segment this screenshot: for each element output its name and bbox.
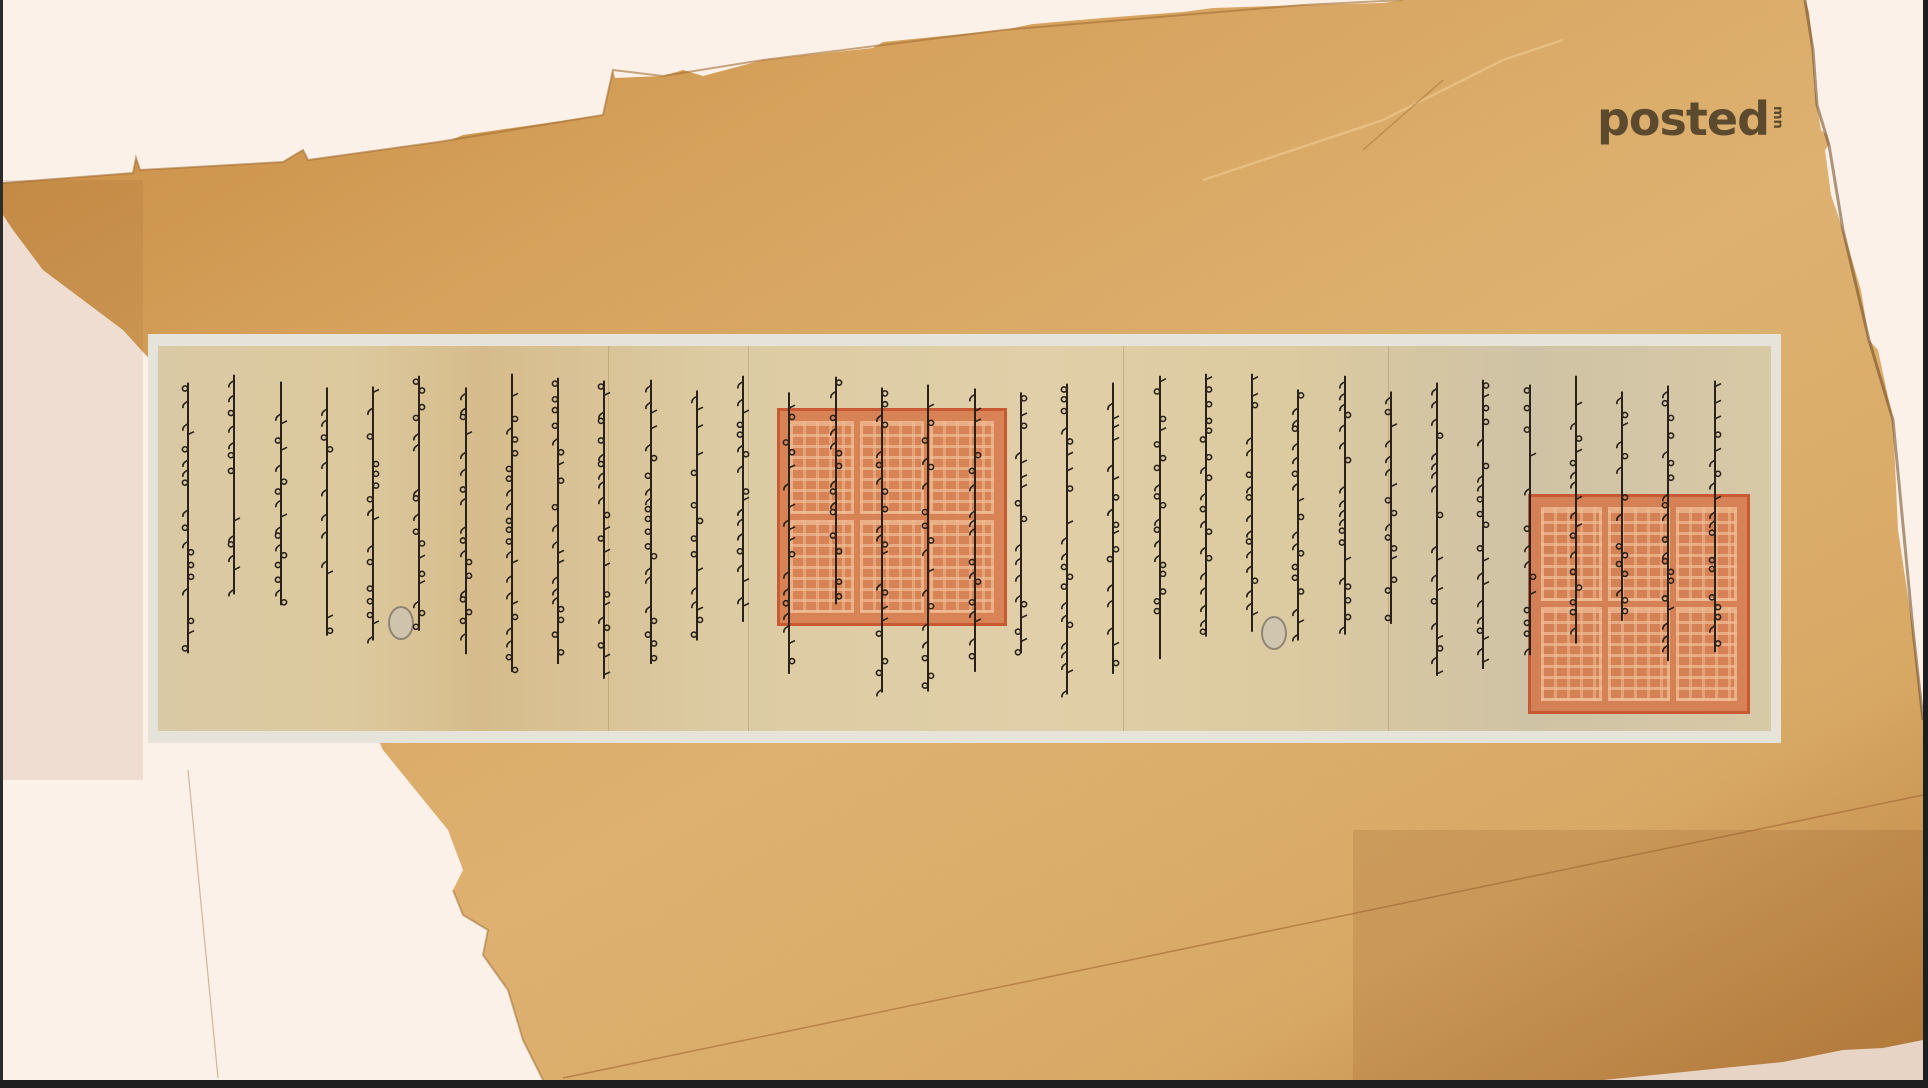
logo-wordmark: posted [1597, 96, 1769, 142]
manuscript-frame [148, 334, 1781, 743]
script-column [1105, 364, 1121, 717]
script-column [226, 364, 242, 717]
manuscript-scroll [158, 346, 1771, 731]
script-column [874, 364, 890, 717]
script-column [1568, 364, 1584, 717]
script-column [319, 364, 335, 717]
script-column [1152, 364, 1168, 717]
script-column [180, 364, 196, 717]
script-column [920, 364, 936, 717]
script-column [365, 364, 381, 717]
window-border-bottom [0, 1080, 1928, 1088]
script-column [1475, 364, 1491, 717]
script-column [1198, 364, 1214, 717]
seal-glyph [790, 421, 854, 514]
script-column [828, 364, 844, 717]
seal-glyph [860, 421, 924, 514]
script-column [1614, 364, 1630, 717]
script-column [781, 364, 797, 717]
seal-glyph [790, 520, 854, 613]
script-column [643, 364, 659, 717]
script-column [273, 364, 289, 717]
fold-line [1123, 346, 1124, 731]
window-border-right [1923, 0, 1928, 1088]
script-column [1337, 364, 1353, 717]
script-column [596, 364, 612, 717]
script-column [689, 364, 705, 717]
script-column [1429, 364, 1445, 717]
seal-glyph [860, 520, 924, 613]
oval-stamp [1261, 616, 1287, 650]
script-column [1660, 364, 1676, 717]
script-column [1059, 364, 1075, 717]
script-column [1244, 364, 1260, 717]
script-column [1522, 364, 1538, 717]
script-column [550, 364, 566, 717]
script-column [967, 364, 983, 717]
canvas: posted mn [3, 0, 1923, 1080]
script-column [458, 364, 474, 717]
posted-mn-logo: posted mn [1597, 96, 1784, 142]
script-column [1707, 364, 1723, 717]
script-column [504, 364, 520, 717]
oval-stamp [388, 606, 414, 640]
script-column [411, 364, 427, 717]
script-column [1383, 364, 1399, 717]
logo-tld: mn [1771, 106, 1784, 129]
seal-glyph [930, 520, 994, 613]
seal-glyph [930, 421, 994, 514]
script-column [1013, 364, 1029, 717]
script-column [735, 364, 751, 717]
script-column [1290, 364, 1306, 717]
